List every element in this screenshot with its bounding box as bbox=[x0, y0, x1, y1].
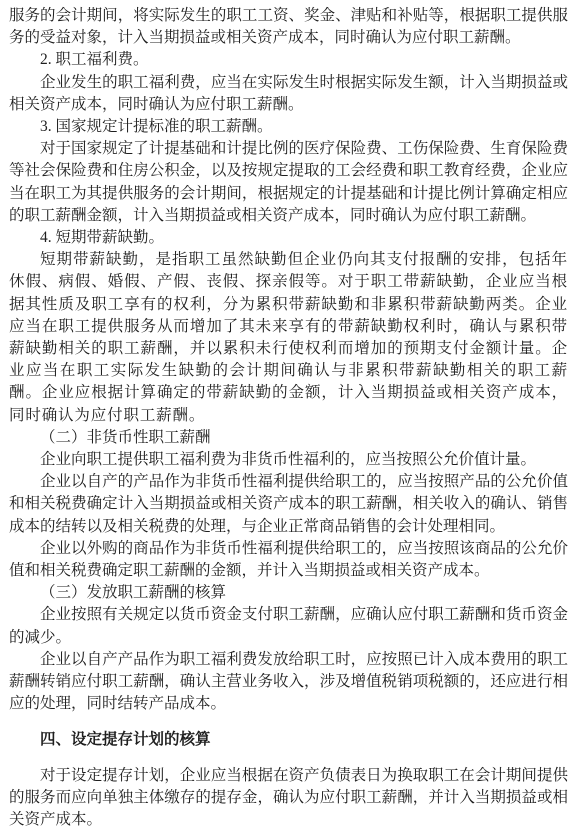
paragraph-own-products: 企业以自产的产品作为非货币性福利提供给职工的，应当按照产品的公允价值和相关税费确… bbox=[9, 471, 568, 538]
paragraph-continuation: 服务的会计期间，将实际发生的职工工资、奖金、津贴和补贴等，根据职工提供服务的受益… bbox=[9, 5, 568, 49]
item-heading-welfare-fee: 2. 职工福利费。 bbox=[9, 49, 568, 71]
paragraph-state-standard: 对于国家规定了计提基础和计提比例的医疗保险费、工伤保险费、生育保险费等社会保险费… bbox=[9, 138, 568, 227]
item-heading-paid-absence: 4. 短期带薪缺勤。 bbox=[9, 227, 568, 249]
paragraph-paid-absence: 短期带薪缺勤，是指职工虽然缺勤但企业仍向其支付报酬的安排，包括年休假、病假、婚假… bbox=[9, 249, 568, 427]
item-heading-state-standard: 3. 国家规定计提标准的职工薪酬。 bbox=[9, 116, 568, 138]
paragraph-product-distribution: 企业以自产产品作为职工福利费发放给职工时，应按照已计入成本费用的职工薪酬转销应付… bbox=[9, 649, 568, 716]
paragraph-welfare-fee: 企业发生的职工福利费，应当在实际发生时根据实际发生额，计入当期损益或相关资产成本… bbox=[9, 72, 568, 116]
paragraph-monetary-payment: 企业按照有关规定以货币资金支付职工薪酬，应确认应付职工薪酬和货币资金的减少。 bbox=[9, 604, 568, 648]
subsection-heading-payment-accounting: （三）发放职工薪酬的核算 bbox=[9, 582, 568, 604]
paragraph-fair-value: 企业向职工提供职工福利费为非货币性福利的，应当按照公允价值计量。 bbox=[9, 449, 568, 471]
paragraph-defined-contribution: 对于设定提存计划，企业应当根据在资产负债表日为换取职工在会计期间提供的服务而应向… bbox=[9, 765, 568, 830]
section-heading-defined-contribution: 四、设定提存计划的核算 bbox=[9, 729, 568, 751]
subsection-heading-non-monetary: （二）非货币性职工薪酬 bbox=[9, 427, 568, 449]
paragraph-purchased-goods: 企业以外购的商品作为非货币性福利提供给职工的，应当按照该商品的公允价值和相关税费… bbox=[9, 538, 568, 582]
document-page: 服务的会计期间，将实际发生的职工工资、奖金、津贴和补贴等，根据职工提供服务的受益… bbox=[0, 0, 577, 830]
